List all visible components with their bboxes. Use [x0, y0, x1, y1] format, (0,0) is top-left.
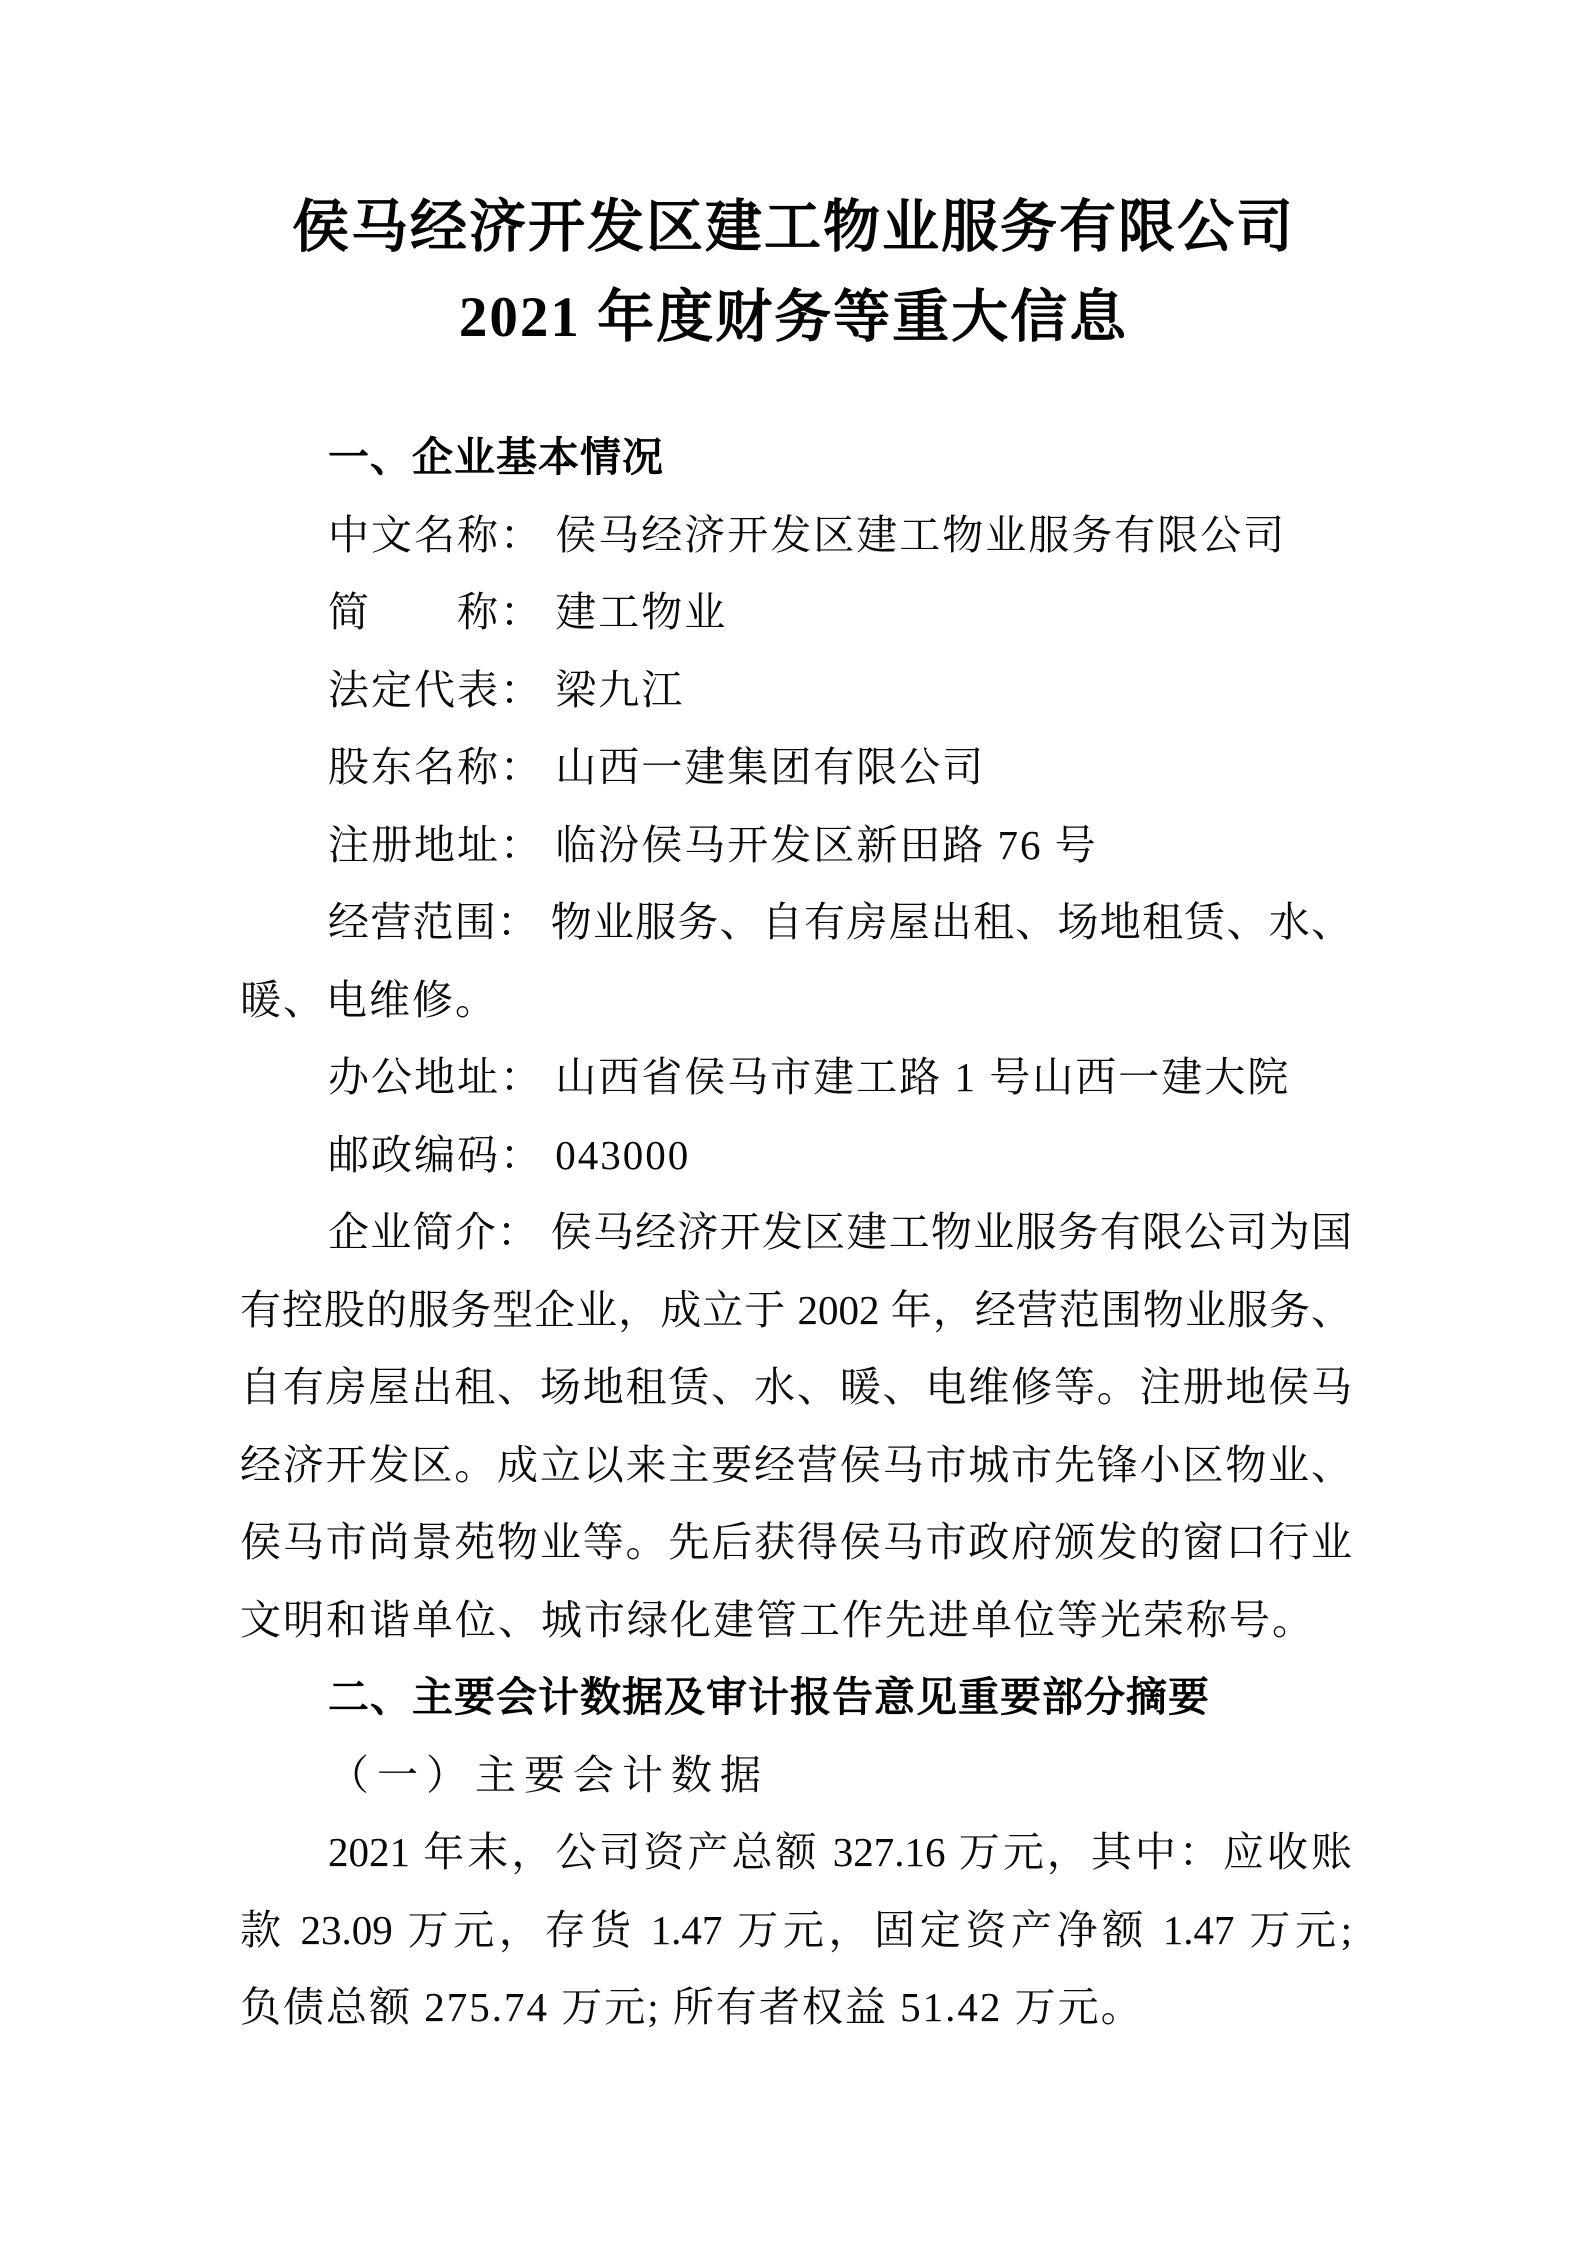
business-scope-line-2: 暖、电维修。 [240, 962, 1352, 1040]
section-2-heading: 二、主要会计数据及审计报告意见重要部分摘要 [240, 1659, 1352, 1737]
company-profile-line-3: 自有房屋出租、场地租赁、水、暖、电维修等。注册地侯马 [240, 1349, 1352, 1427]
section-1-heading: 一、企业基本情况 [240, 419, 1352, 497]
document-body: 一、企业基本情况 中文名称： 侯马经济开发区建工物业服务有限公司 简 称： 建工… [240, 419, 1352, 2047]
company-profile-line-5: 侯马市尚景苑物业等。先后获得侯马市政府颁发的窗口行业 [240, 1504, 1352, 1582]
company-name-line: 中文名称： 侯马经济开发区建工物业服务有限公司 [240, 497, 1352, 575]
registered-address-line: 注册地址： 临汾侯马开发区新田路 76 号 [240, 807, 1352, 885]
office-address-line: 办公地址： 山西省侯马市建工路 1 号山西一建大院 [240, 1039, 1352, 1117]
document-page: 侯马经济开发区建工物业服务有限公司 2021 年度财务等重大信息 一、企业基本情… [0, 0, 1587, 2245]
accounting-data-line-1: 2021 年末，公司资产总额 327.16 万元，其中：应收账 [240, 1814, 1352, 1892]
company-profile-line-6: 文明和谐单位、城市绿化建管工作先进单位等光荣称号。 [240, 1582, 1352, 1660]
section-2-subheading: （一）主要会计数据 [240, 1737, 1352, 1815]
legal-representative-line: 法定代表： 梁九江 [240, 652, 1352, 730]
shareholder-name-line: 股东名称： 山西一建集团有限公司 [240, 729, 1352, 807]
document-title: 侯马经济开发区建工物业服务有限公司 2021 年度财务等重大信息 [0, 0, 1587, 363]
short-name-line: 简 称： 建工物业 [240, 574, 1352, 652]
company-profile-line-2: 有控股的服务型企业，成立于 2002 年，经营范围物业服务、 [240, 1272, 1352, 1350]
company-profile-line-1: 企业简介： 侯马经济开发区建工物业服务有限公司为国 [240, 1194, 1352, 1272]
postal-code-line: 邮政编码： 043000 [240, 1117, 1352, 1195]
document-title-line-1: 侯马经济开发区建工物业服务有限公司 [0, 183, 1587, 273]
accounting-data-line-3: 负债总额 275.74 万元; 所有者权益 51.42 万元。 [240, 1969, 1352, 2047]
document-title-line-2: 2021 年度财务等重大信息 [0, 273, 1587, 363]
company-profile-line-4: 经济开发区。成立以来主要经营侯马市城市先锋小区物业、 [240, 1427, 1352, 1505]
accounting-data-line-2: 款 23.09 万元，存货 1.47 万元，固定资产净额 1.47 万元; [240, 1892, 1352, 1970]
business-scope-line-1: 经营范围： 物业服务、自有房屋出租、场地租赁、水、 [240, 884, 1352, 962]
